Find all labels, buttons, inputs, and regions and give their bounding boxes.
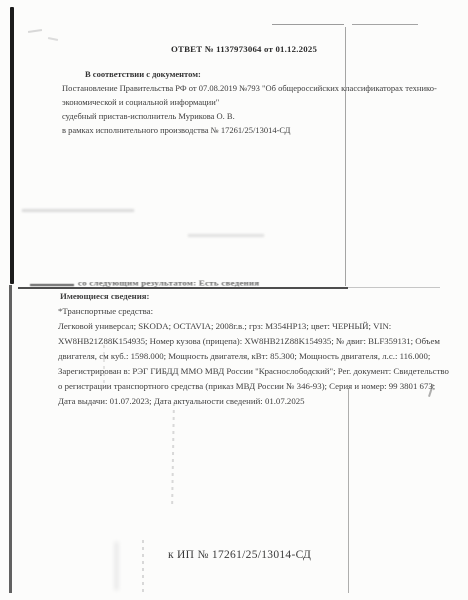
vehicle-info-line: двигателя, см куб.: 1598.000; Мощность д… bbox=[58, 351, 430, 361]
vehicle-info-line: о регистрации транспортного средства (пр… bbox=[58, 381, 435, 391]
info-heading: Имеющиеся сведения: bbox=[60, 291, 149, 301]
scan-noise bbox=[22, 209, 134, 212]
intro-line: судебный пристав-исполнитель Мурикова О.… bbox=[62, 111, 235, 121]
vehicle-info-line: Легковой универсал; SKODA; OCTAVIA; 2008… bbox=[58, 321, 391, 331]
left-edge-shadow-bottom bbox=[9, 285, 12, 593]
vehicle-info-line: Дата выдачи: 01.07.2023; Дата актуальнос… bbox=[58, 396, 305, 406]
scan-noise bbox=[142, 540, 144, 595]
scan-noise bbox=[115, 542, 118, 590]
ink-smudge bbox=[30, 284, 74, 286]
response-title: ОТВЕТ № 1137973064 от 01.12.2025 bbox=[171, 44, 317, 54]
result-status-line: со следующим результатом: Есть сведения bbox=[78, 279, 259, 287]
vehicle-info-line: Зарегистрирован в: РЭГ ГИБДД ММО МВД Рос… bbox=[58, 366, 449, 376]
vehicle-info-line: *Транспортные средства: bbox=[58, 306, 153, 316]
intro-line: экономической и социальной информации" bbox=[62, 97, 219, 107]
fold-line-top bbox=[345, 27, 346, 286]
intro-line: Постановление Правительства РФ от 07.08.… bbox=[62, 83, 437, 93]
fold-line-bottom bbox=[348, 388, 349, 593]
page-overlap-separator bbox=[18, 287, 348, 289]
header-rule-right bbox=[352, 24, 418, 25]
footer-ip-number: к ИП № 17261/25/13014-СД bbox=[168, 550, 311, 560]
intro-line: в рамках исполнительного производства № … bbox=[62, 125, 290, 135]
scan-noise bbox=[188, 234, 264, 237]
scan-noise bbox=[48, 37, 58, 41]
page-overlap-separator-light bbox=[348, 287, 440, 288]
scanned-document-page: ОТВЕТ № 1137973064 от 01.12.2025 В соотв… bbox=[0, 0, 468, 600]
vehicle-info-line: XW8HB21Z88K154935; Номер кузова (прицепа… bbox=[58, 336, 440, 346]
scan-noise bbox=[28, 29, 42, 33]
header-rule-left bbox=[272, 24, 344, 25]
left-edge-shadow-top bbox=[10, 7, 14, 284]
intro-heading: В соответствии с документом: bbox=[85, 69, 201, 79]
scan-noise bbox=[171, 403, 175, 508]
